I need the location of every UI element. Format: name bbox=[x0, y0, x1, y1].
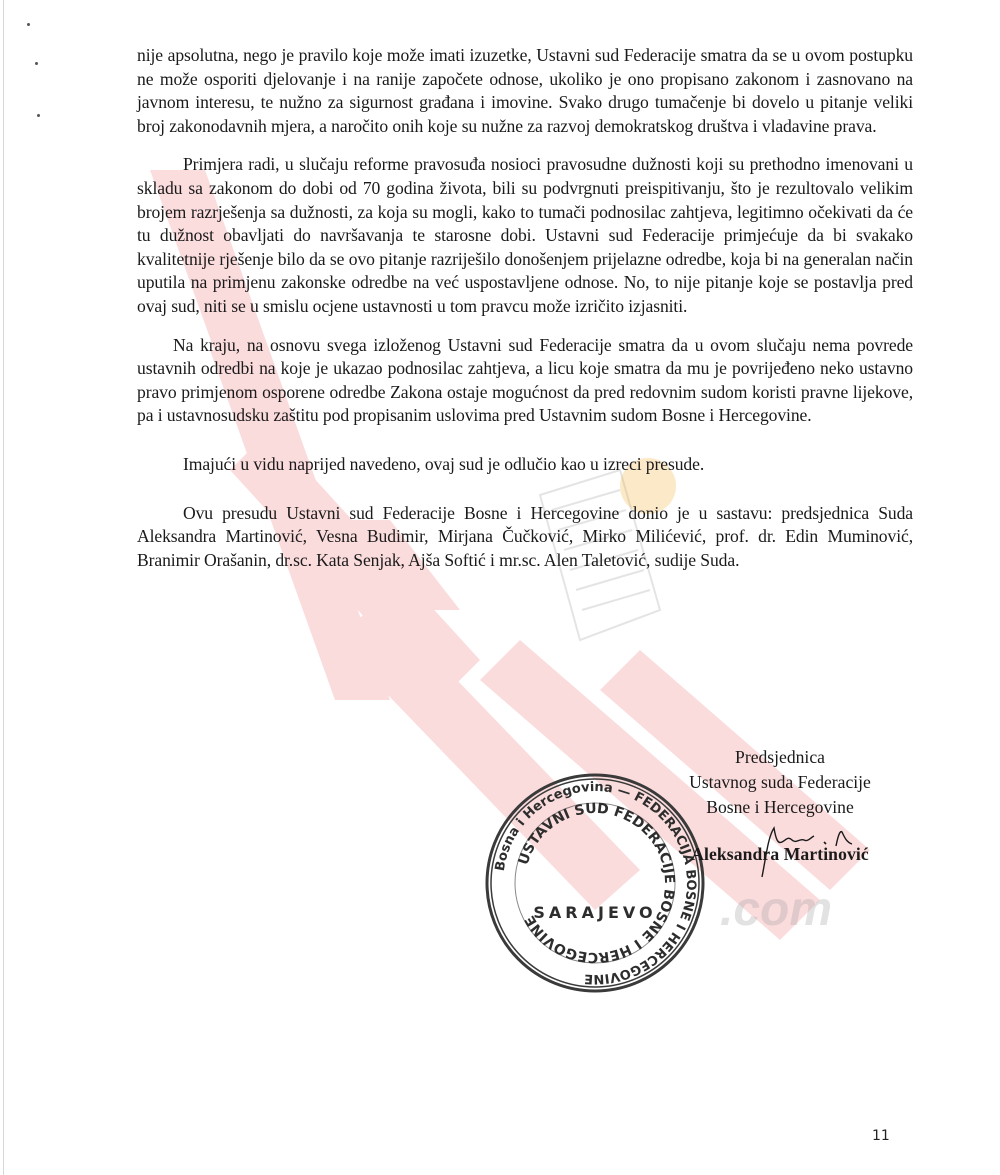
scan-speck bbox=[37, 114, 40, 117]
page-number: 11 bbox=[872, 1128, 890, 1144]
handwritten-signature bbox=[752, 822, 862, 882]
scan-speck bbox=[35, 62, 38, 65]
paragraph-decision: Imajući u vidu naprijed navedeno, ovaj s… bbox=[137, 453, 913, 477]
signature-title-line1: Predsjednica bbox=[660, 745, 900, 770]
paragraph-continuation: nije apsolutna, nego je pravilo koje mož… bbox=[137, 44, 913, 138]
svg-text:.com: .com bbox=[720, 883, 832, 936]
paragraph-example: Primjera radi, u slučaju reforme pravosu… bbox=[137, 153, 913, 318]
paragraph-composition: Ovu presudu Ustavni sud Federacije Bosne… bbox=[137, 502, 913, 573]
signature-title-line3: Bosne i Hercegovine bbox=[660, 795, 900, 820]
paragraph-conclusion: Na kraju, na osnovu svega izloženog Usta… bbox=[137, 334, 913, 428]
svg-text:USTAVNI SUD FEDERACIJE BOSNE I: USTAVNI SUD FEDERACIJE BOSNE I HERCEGOVI… bbox=[516, 801, 678, 965]
page-edge bbox=[3, 0, 4, 1175]
scan-speck bbox=[27, 23, 30, 26]
document-body: nije apsolutna, nego je pravilo koje mož… bbox=[137, 44, 913, 572]
signature-title-line2: Ustavnog suda Federacije bbox=[660, 770, 900, 795]
svg-text:SARAJEVO: SARAJEVO bbox=[533, 903, 656, 922]
